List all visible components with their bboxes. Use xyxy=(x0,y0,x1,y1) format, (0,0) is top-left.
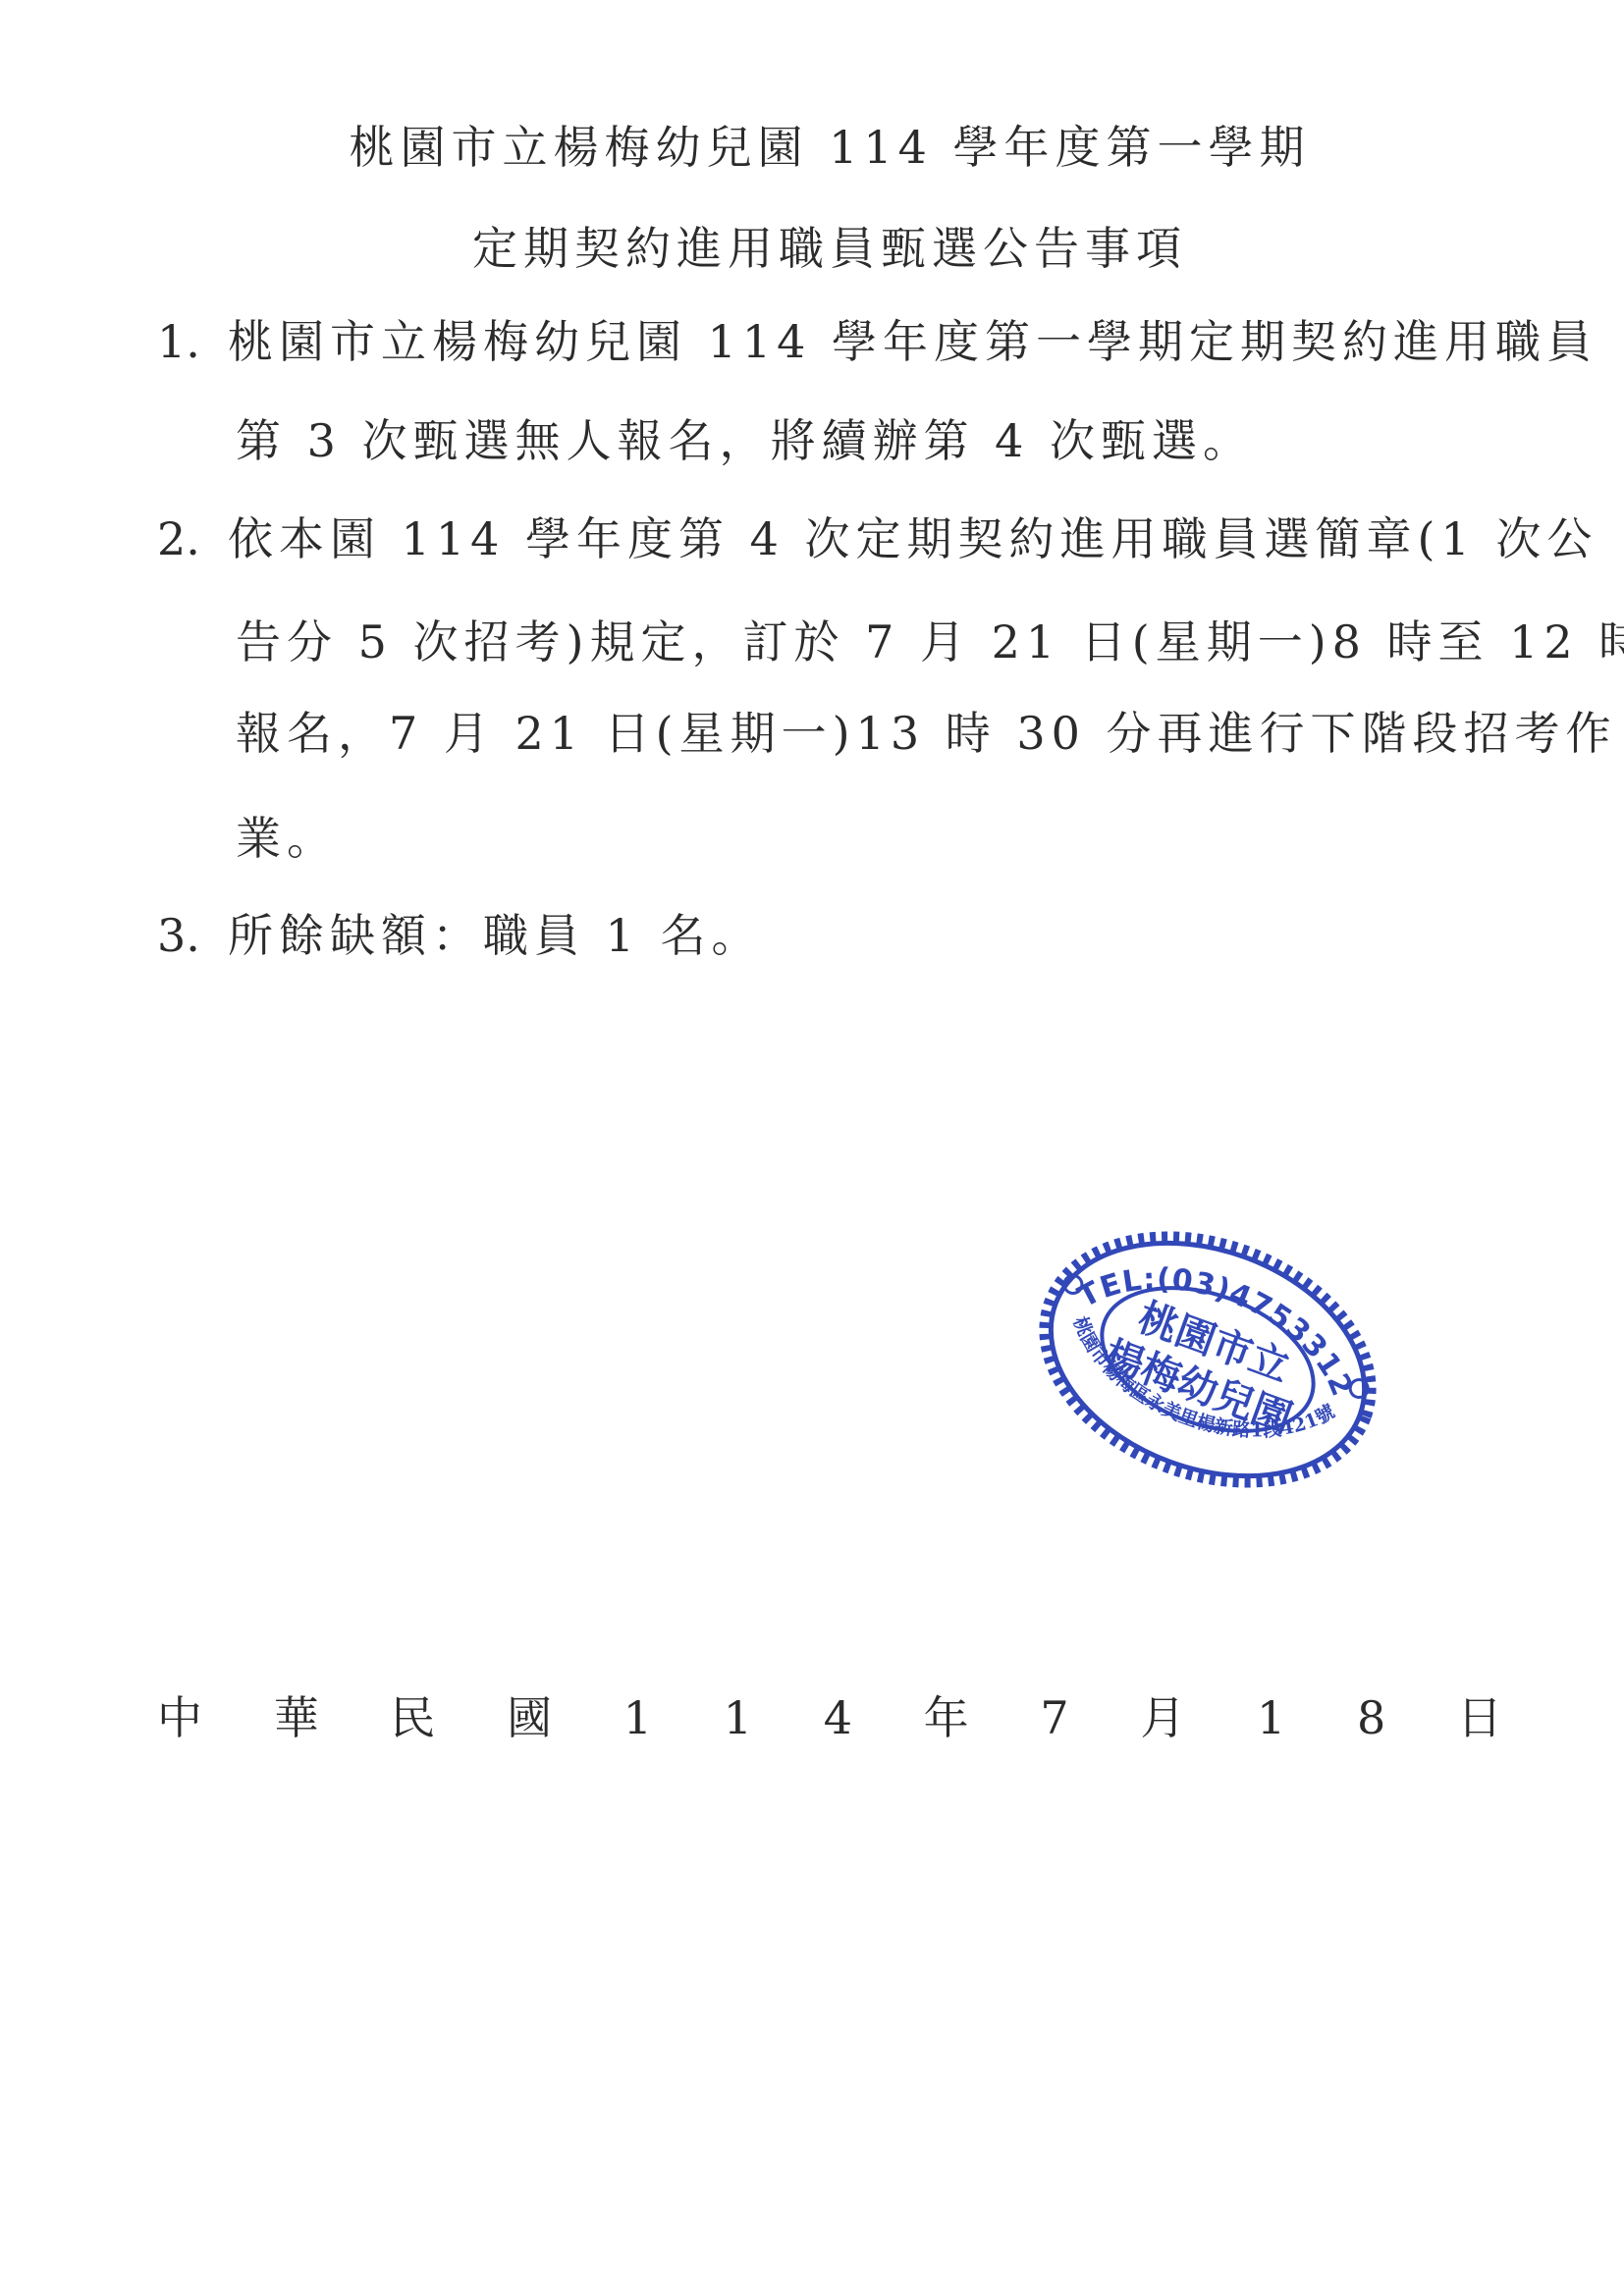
page-title: 桃園市立楊梅幼兒園 114 學年度第一學期 xyxy=(0,118,1624,177)
date-char: 8 xyxy=(1357,1688,1385,1747)
item-text-line: 告分 5 次招考)規定，訂於 7 月 21 日(星期一)8 時至 12 時 xyxy=(236,613,1624,671)
item-text-line: 第 3 次甄選無人報名，將續辦第 4 次甄選。 xyxy=(236,411,1254,470)
date-char: 月 xyxy=(1140,1688,1185,1747)
date-char: 華 xyxy=(274,1688,319,1747)
date-char: 民 xyxy=(390,1688,435,1747)
item-number: 3. xyxy=(157,906,200,965)
item-text-line: 所餘缺額：職員 1 名。 xyxy=(228,906,763,965)
item-text-line: 桃園市立楊梅幼兒園 114 學年度第一學期定期契約進用職員 xyxy=(228,312,1597,371)
item-text-line: 業。 xyxy=(236,809,338,868)
item-text-line: 報名，7 月 21 日(星期一)13 時 30 分再進行下階段招考作 xyxy=(236,704,1617,763)
item-number: 1. xyxy=(157,312,200,371)
official-seal-stamp: TEL:(03)4753312 桃園市楊梅區永美里楊新路1段421號 桃園市立 … xyxy=(1021,1217,1394,1502)
date-char: 1 xyxy=(1257,1688,1285,1747)
date-char: 中 xyxy=(157,1688,202,1747)
date-char: 1 xyxy=(623,1688,652,1747)
date-char: 國 xyxy=(507,1688,552,1747)
document-date: 中 華 民 國 1 1 4 年 7 月 1 8 日 xyxy=(157,1688,1502,1747)
date-char: 年 xyxy=(924,1688,969,1747)
date-char: 4 xyxy=(824,1688,852,1747)
date-char: 7 xyxy=(1040,1688,1068,1747)
page-subtitle: 定期契約進用職員甄選公告事項 xyxy=(0,219,1624,278)
announcement-page: 桃園市立楊梅幼兒園 114 學年度第一學期 定期契約進用職員甄選公告事項 1. … xyxy=(0,0,1624,2296)
item-text-line: 依本園 114 學年度第 4 次定期契約進用職員選簡章(1 次公 xyxy=(228,509,1597,568)
date-char: 1 xyxy=(724,1688,752,1747)
date-char: 日 xyxy=(1457,1688,1502,1747)
item-number: 2. xyxy=(157,509,200,568)
